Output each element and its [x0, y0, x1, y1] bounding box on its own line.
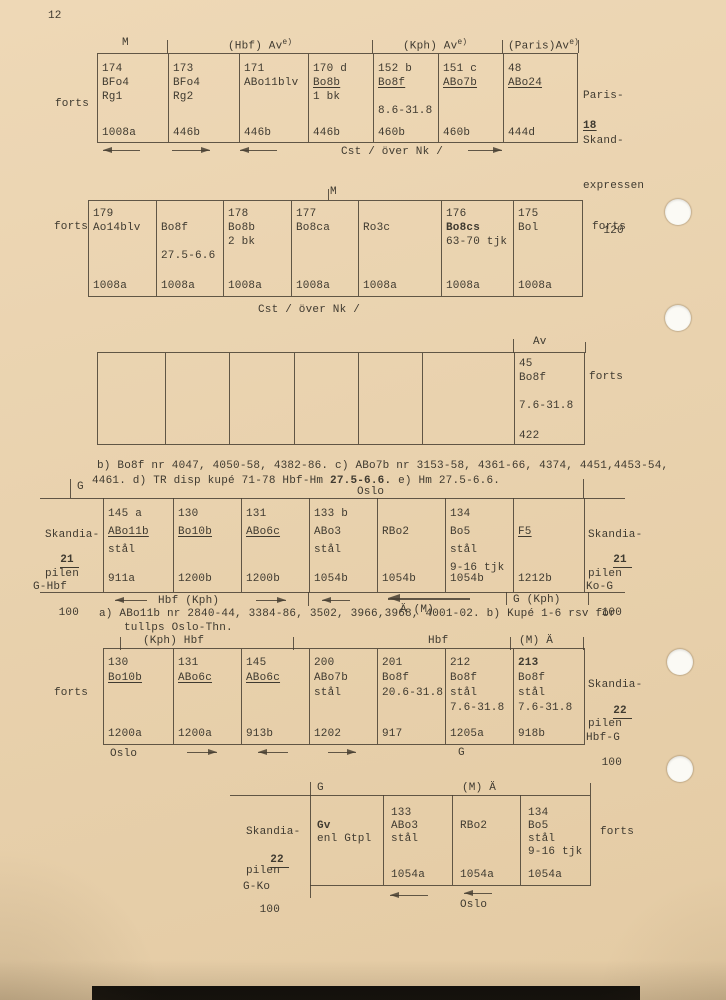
wagon-code: Bo10b — [178, 523, 241, 541]
wagon-cell: 131ABo6c1200a — [173, 649, 241, 744]
wagon-cell: 173BFo4Rg2446b — [168, 54, 239, 142]
wagon-code: Bo8f — [519, 371, 586, 385]
wagon-code: 177 — [296, 207, 358, 221]
wagon-cell — [229, 353, 294, 444]
circulation-number: 917 — [382, 728, 402, 740]
wagon-code: ABo3 — [314, 523, 377, 541]
wagon-cell: 179Ao14blv1008a — [89, 201, 156, 296]
wagon-code: 145 a — [108, 505, 173, 523]
forts-label: forts — [589, 371, 623, 383]
circulation-number: 446b — [173, 127, 200, 139]
wagon-code — [363, 207, 441, 221]
circulation-number: 1008a — [102, 127, 136, 139]
wagon-code: Bo8f — [378, 76, 438, 90]
header-text: (Paris)Av — [508, 41, 569, 53]
route-segment: Hbf-G — [586, 732, 632, 745]
wagon-cell: F51212b — [513, 498, 586, 592]
direction-arrow-right — [328, 749, 356, 757]
wagon-cell: 170 dBo8b1 bk446b — [308, 54, 373, 142]
footnote-text: 4461. d) TR disp kupé 71-78 Hbf-Hm — [92, 475, 330, 487]
wagon-code: 8.6-31.8 — [378, 104, 438, 118]
circulation-number: 918b — [518, 728, 545, 740]
wagon-cell: 133 bABo3stål1054b — [309, 498, 377, 592]
wagon-code: 130 — [178, 505, 241, 523]
wagon-cell: 133ABo3stål1054a — [383, 795, 452, 885]
wagon-cell: Gvenl Gtpl — [310, 795, 383, 885]
wagon-code: ABo6c — [246, 523, 309, 541]
arrow-head — [258, 749, 267, 755]
circulation-number: 913b — [246, 728, 273, 740]
column-header-g: G — [317, 782, 324, 794]
wagon-code: 27.5-6.6 — [161, 249, 223, 263]
circulation-number: 1054b — [314, 573, 348, 585]
wagon-code: Bo8b — [313, 76, 373, 90]
circulation-number: 1008a — [161, 280, 195, 292]
wagon-code: ABo3 — [391, 820, 452, 833]
wagon-code: enl Gtpl — [317, 833, 383, 846]
column-header-kph: (Kph) Ave) — [403, 37, 467, 53]
circulation-number: 1008a — [296, 280, 330, 292]
forts-label: forts — [54, 221, 88, 233]
header-text: (Hbf) Av — [228, 41, 282, 53]
wagon-code — [382, 505, 445, 523]
wagon-code — [519, 385, 586, 399]
header-tick — [585, 342, 586, 353]
arrow-head — [115, 597, 124, 603]
wagon-cell: 171ABo11blv446b — [239, 54, 308, 142]
wagon-code: stål — [528, 833, 591, 846]
direction-arrow-left-small — [464, 890, 492, 898]
column-header-av: Av — [533, 336, 547, 348]
wagon-code: Bo8ca — [296, 221, 358, 235]
circulation-number: 460b — [443, 127, 470, 139]
wagon-code: 45 — [519, 357, 586, 371]
wagon-code: 179 — [93, 207, 156, 221]
forts-label: forts — [54, 687, 88, 699]
route-label: Cst / över Nk / — [341, 146, 443, 158]
footnote-a-line1: a) ABo11b nr 2840-44, 3384-86, 3502, 396… — [99, 608, 616, 620]
wagon-code: ABo7b — [314, 671, 377, 686]
forts-label: forts — [600, 826, 634, 838]
wagon-code: Rg2 — [173, 90, 239, 104]
wagon-code: 63-70 tjk — [446, 235, 513, 249]
punch-hole — [667, 649, 693, 675]
circulation-number: 1200a — [178, 728, 212, 740]
wagon-code: 151 c — [443, 62, 503, 76]
wagon-cell — [422, 353, 514, 444]
arrow-head — [240, 147, 249, 153]
wagon-code: ABo11b — [108, 523, 173, 541]
wagon-cell: 131ABo6c1200b — [241, 498, 309, 592]
header-tick — [578, 40, 579, 53]
route-label: Hbf (Kph) — [158, 595, 219, 607]
wagon-code: RBo2 — [460, 820, 520, 833]
wagon-code — [161, 235, 223, 249]
header-tick — [513, 339, 514, 353]
direction-arrow-right — [187, 749, 217, 757]
arrow-head — [390, 892, 399, 898]
wagon-code: stål — [450, 686, 513, 701]
composition-table-2: 179Ao14blv1008aBo8f27.5-6.61008a178Bo8b2… — [88, 200, 583, 297]
direction-arrow-left — [115, 597, 147, 605]
column-header-m: M — [122, 37, 129, 49]
direction-arrow-left — [258, 749, 288, 757]
direction-arrow-left — [322, 597, 350, 605]
wagon-code: Ao14blv — [93, 221, 156, 235]
wagon-code: stål — [391, 833, 452, 846]
wagon-cell: 151 cABo7b460b — [438, 54, 503, 142]
arrow-head — [208, 749, 217, 755]
wagon-code: Ro3c — [363, 221, 441, 235]
turnus-ref: 22 — [613, 705, 632, 719]
arrow-head — [493, 147, 502, 153]
wagon-code: 134 — [528, 807, 591, 820]
composition-table-1: 174BFo4Rg11008a173BFo4Rg2446b171ABo11blv… — [97, 53, 578, 143]
circulation-number: 1200a — [108, 728, 142, 740]
station-label-oslo: Oslo — [110, 748, 137, 760]
wagon-cell: 201Bo8f20.6-31.8917 — [377, 649, 445, 744]
wagon-cell — [98, 353, 165, 444]
direction-arrow-right — [172, 147, 210, 155]
header-sup: e) — [282, 38, 292, 47]
wagon-cell — [165, 353, 229, 444]
composition-table-5: 130Bo10b1200a131ABo6c1200a145ABo6c913b20… — [103, 648, 585, 745]
wagon-code — [518, 505, 586, 523]
column-header-kph-hbf: (Kph) Hbf — [143, 635, 204, 647]
margin-tick — [583, 479, 584, 498]
circulation-number: 1212b — [518, 573, 552, 585]
wagon-code: Bo8b — [228, 221, 291, 235]
wagon-code: 171 — [244, 62, 308, 76]
wagon-code: 133 b — [314, 505, 377, 523]
arrow-head — [201, 147, 210, 153]
header-tick — [167, 40, 168, 53]
wagon-cell: 152 bBo8f8.6-31.8460b — [373, 54, 438, 142]
wagon-code: 7.6-31.8 — [518, 701, 586, 716]
punch-hole — [665, 305, 691, 331]
arrow-head — [464, 890, 473, 896]
train-name-line: expressen — [583, 179, 644, 194]
wagon-code: ABo7b — [443, 76, 503, 90]
column-header-hbf: (Hbf) Ave) — [228, 37, 292, 53]
page-number: 12 — [48, 10, 62, 22]
header-tick — [590, 783, 591, 795]
wagon-code: RBo2 — [382, 523, 445, 541]
wagon-code: 133 — [391, 807, 452, 820]
circulation-number: 1008a — [446, 280, 480, 292]
wagon-code: 131 — [178, 656, 241, 671]
wagon-code: stål — [314, 541, 377, 559]
wagon-cell: 134Bo5stål9-16 tjk1054a — [520, 795, 591, 885]
circulation-number: 1054b — [450, 573, 484, 585]
direction-arrow-left-bold — [388, 595, 470, 603]
wagon-code: stål — [108, 541, 173, 559]
punch-hole — [665, 199, 691, 225]
wagon-code — [460, 807, 520, 820]
forts-label: forts — [55, 98, 89, 110]
wagon-code: 130 — [108, 656, 173, 671]
wagon-cell: 134Bo5stål9-16 tjk1054b — [445, 498, 513, 592]
wagon-code: stål — [314, 686, 377, 701]
wagon-code: 48 — [508, 62, 579, 76]
circulation-number: 460b — [378, 127, 405, 139]
composition-table-6: Gvenl Gtpl133ABo3stål1054aRBo21054a134Bo… — [310, 795, 591, 886]
route-label: G (Kph) — [513, 594, 561, 606]
header-tick — [502, 40, 503, 53]
header-text: M — [122, 37, 129, 49]
wagon-cell: Ro3c1008a — [358, 201, 441, 296]
wagon-code: ABo24 — [508, 76, 579, 90]
footnote-b-line1: b) Bo8f nr 4047, 4050-58, 4382-86. c) AB… — [97, 460, 668, 472]
wagon-code: 20.6-31.8 — [382, 686, 445, 701]
wagon-code: Gv — [317, 820, 383, 833]
circulation-number: 1008a — [93, 280, 127, 292]
wagon-code: 200 — [314, 656, 377, 671]
circulation-number: 422 — [519, 430, 539, 442]
circulation-number: 446b — [313, 127, 340, 139]
train-name-line: Skandia- — [588, 679, 642, 692]
wagon-code: Bo8f — [382, 671, 445, 686]
wagon-code: stål — [450, 541, 513, 559]
station-label-g: G — [77, 481, 84, 493]
table-bottom-rule — [40, 592, 625, 593]
wagon-cell: 213Bo8fstål7.6-31.8918b — [513, 649, 586, 744]
wagon-code: ABo6c — [246, 671, 309, 686]
wagon-cell: RBo21054b — [377, 498, 445, 592]
wagon-cell: 177Bo8ca1008a — [291, 201, 358, 296]
arrow-head — [347, 749, 356, 755]
wagon-cell: 45Bo8f7.6-31.8422 — [514, 353, 586, 444]
turnus-ref: 22 — [270, 854, 289, 868]
wagon-code: 213 — [518, 656, 586, 671]
wagon-code: Bo8cs — [446, 221, 513, 235]
wagon-cell: 130Bo10b1200b — [173, 498, 241, 592]
wagon-cell: 174BFo4Rg11008a — [98, 54, 168, 142]
wagon-code: Bol — [518, 221, 584, 235]
header-text: (Kph) Av — [403, 41, 457, 53]
divider-tick — [588, 592, 589, 605]
train-name-line: Skandia- — [246, 826, 300, 839]
wagon-code: 145 — [246, 656, 309, 671]
wagon-code: 131 — [246, 505, 309, 523]
arrow-head — [322, 597, 331, 603]
wagon-cell — [358, 353, 422, 444]
header-tick — [372, 40, 373, 53]
margin-tick — [70, 479, 71, 498]
punch-hole — [667, 756, 693, 782]
route-segment: G-Ko — [243, 881, 289, 894]
station-label-g: G — [458, 747, 465, 759]
footnote-a-line2: tullps Oslo-Thn. — [124, 622, 233, 634]
wagon-code: Bo8f — [518, 671, 586, 686]
divider-tick — [308, 592, 309, 606]
circulation-number: 1200b — [246, 573, 280, 585]
wagon-cell: 145ABo6c913b — [241, 649, 309, 744]
circulation-number: 444d — [508, 127, 535, 139]
route-segment: G-Hbf — [33, 581, 79, 594]
wagon-code: ABo11blv — [244, 76, 308, 90]
train-name-label: Paris- Skand- expressen 120 — [583, 59, 644, 269]
wagon-cell: 175Bol1008a — [513, 201, 584, 296]
arrow-head — [103, 147, 112, 153]
wagon-cell: 48ABo24444d — [503, 54, 579, 142]
wagon-code: stål — [518, 686, 586, 701]
train-name-line: Paris- — [583, 89, 644, 104]
wagon-code: Bo8f — [450, 671, 513, 686]
wagon-code — [161, 207, 223, 221]
wagon-code: 134 — [450, 505, 513, 523]
circulation-number: 1008a — [518, 280, 552, 292]
train-name-line: Skand- — [583, 134, 644, 149]
composition-table-3: 45Bo8f7.6-31.8422 — [97, 352, 585, 445]
circulation-number: 1202 — [314, 728, 341, 740]
wagon-code: BFo4 — [102, 76, 168, 90]
station-label-oslo: Oslo — [357, 486, 384, 498]
header-tick — [328, 189, 329, 200]
scan-artifact-bar — [92, 986, 640, 1000]
circulation-number: 1205a — [450, 728, 484, 740]
wagon-cell: 130Bo10b1200a — [104, 649, 173, 744]
wagon-code: 9-16 tjk — [528, 846, 591, 859]
divider-tick — [506, 592, 507, 605]
arrow-shaft — [388, 598, 470, 600]
column-header-paris: (Paris)Ave) — [508, 37, 579, 53]
wagon-code: 170 d — [313, 62, 373, 76]
column-header-m: M — [330, 186, 337, 198]
footnote-text: e) Hm 27.5-6.6. — [391, 475, 500, 487]
turnus-ref: 21 — [613, 554, 632, 568]
wagon-code: Bo5 — [450, 523, 513, 541]
wagon-cell: RBo21054a — [452, 795, 520, 885]
scanned-timetable-page: 12 M (Hbf) Ave) (Kph) Ave) (Paris)Ave) f… — [0, 0, 726, 1000]
circulation-number: 1054a — [460, 869, 494, 881]
wagon-code: ABo6c — [178, 671, 241, 686]
arrow-head — [388, 594, 400, 602]
wagon-code — [317, 807, 383, 820]
wagon-code: Bo10b — [108, 671, 173, 686]
wagon-code: F5 — [518, 523, 586, 541]
circulation-number: 1200b — [178, 573, 212, 585]
circulation-number: 1054a — [528, 869, 562, 881]
turnus-route-fraction: 22 G-Ko — [243, 841, 289, 920]
composition-table-4: 145 aABo11bstål911a130Bo10b1200b131ABo6c… — [103, 498, 585, 592]
turnus-route-fraction: 21 G-Hbf — [33, 541, 79, 620]
wagon-cell: 176Bo8cs63-70 tjk1008a — [441, 201, 513, 296]
wagon-cell: 145 aABo11bstål911a — [104, 498, 173, 592]
arrow-head — [277, 597, 286, 603]
column-header-hbf: Hbf — [428, 635, 448, 647]
route-segment: Ko-G — [586, 581, 632, 594]
wagon-code: 173 — [173, 62, 239, 76]
turnus-route-fraction: 22 Hbf-G — [586, 692, 632, 771]
wagon-code: 7.6-31.8 — [519, 399, 586, 413]
wagon-code: Bo5 — [528, 820, 591, 833]
wagon-code: 2 bk — [228, 235, 291, 249]
circulation-number: 1054b — [382, 573, 416, 585]
wagon-cell: 178Bo8b2 bk1008a — [223, 201, 291, 296]
wagon-cell: 212Bo8fstål7.6-31.81205a — [445, 649, 513, 744]
wagon-code: 176 — [446, 207, 513, 221]
circulation-number: 1008a — [363, 280, 397, 292]
wagon-cell — [294, 353, 358, 444]
wagon-code: 175 — [518, 207, 584, 221]
wagon-code: 1 bk — [313, 90, 373, 104]
direction-arrow-right — [256, 597, 286, 605]
route-label: Cst / över Nk / — [258, 304, 360, 316]
wagon-code: 174 — [102, 62, 168, 76]
wagon-cell: 200ABo7bstål1202 — [309, 649, 377, 744]
forts-label: forts — [592, 221, 626, 233]
wagon-code: 7.6-31.8 — [450, 701, 513, 716]
direction-arrow-left — [103, 147, 140, 155]
wagon-code: 152 b — [378, 62, 438, 76]
direction-arrow-left — [390, 892, 428, 900]
direction-arrow-right — [468, 147, 502, 155]
station-label-oslo: Oslo — [460, 899, 487, 911]
wagon-code: 178 — [228, 207, 291, 221]
wagon-code — [378, 90, 438, 104]
wagon-code: 201 — [382, 656, 445, 671]
turnus-ref: 21 — [60, 554, 79, 568]
circulation-number: 911a — [108, 573, 135, 585]
direction-arrow-left — [240, 147, 277, 155]
wagon-code: Rg1 — [102, 90, 168, 104]
column-header-m-a: (M) Ä — [462, 782, 496, 794]
column-header-m-a: (M) Ä — [519, 635, 553, 647]
wagon-code: BFo4 — [173, 76, 239, 90]
wagon-cell: Bo8f27.5-6.61008a — [156, 201, 223, 296]
wagon-code: Bo8f — [161, 221, 223, 235]
wagon-code: 212 — [450, 656, 513, 671]
circulation-number: 1054a — [391, 869, 425, 881]
turnus-ref: 18 — [583, 120, 597, 132]
header-sup: e) — [457, 38, 467, 47]
footnote-b-line2: 4461. d) TR disp kupé 71-78 Hbf-Hm 27.5-… — [92, 475, 500, 487]
circulation-number: 1008a — [228, 280, 262, 292]
circulation-number: 446b — [244, 127, 271, 139]
